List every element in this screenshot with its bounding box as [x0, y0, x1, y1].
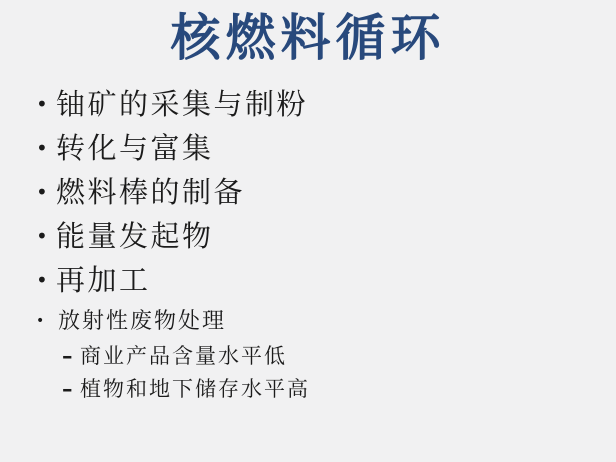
bullet-text: 铀矿的采集与制粉: [56, 89, 308, 120]
bullet-marker-icon: •: [36, 265, 50, 296]
dash-marker-icon: –: [62, 376, 76, 402]
page-title: 核燃料循环: [0, 10, 616, 65]
bullet-item: • 再加工: [36, 265, 616, 296]
sub-bullet-item: – 商业产品含量水平低: [62, 343, 616, 369]
bullet-item: • 燃料棒的制备: [36, 177, 616, 208]
bullet-item: • 能量发起物: [36, 221, 616, 252]
sub-bullet-text: 植物和地下储存水平高: [80, 376, 310, 402]
bullet-text: 放射性废物处理: [58, 309, 226, 334]
bullet-marker-icon: •: [36, 89, 50, 120]
dash-marker-icon: –: [62, 343, 76, 369]
bullet-text: 转化与富集: [56, 133, 214, 164]
bullet-text: 再加工: [56, 265, 151, 296]
bullet-item: • 转化与富集: [36, 133, 616, 164]
sub-bullet-item: – 植物和地下储存水平高: [62, 376, 616, 402]
bullet-marker-icon: •: [36, 309, 50, 334]
bullet-item: • 放射性废物处理: [36, 309, 616, 334]
bullet-marker-icon: •: [36, 133, 50, 164]
bullet-list: • 铀矿的采集与制粉 • 转化与富集 • 燃料棒的制备 • 能量发起物 • 再加…: [0, 89, 616, 402]
sub-bullet-text: 商业产品含量水平低: [80, 343, 287, 369]
slide: 核燃料循环 • 铀矿的采集与制粉 • 转化与富集 • 燃料棒的制备 • 能量发起…: [0, 0, 616, 462]
bullet-text: 燃料棒的制备: [56, 177, 245, 208]
bullet-marker-icon: •: [36, 177, 50, 208]
bullet-text: 能量发起物: [56, 221, 214, 252]
bullet-marker-icon: •: [36, 221, 50, 252]
bullet-item: • 铀矿的采集与制粉: [36, 89, 616, 120]
